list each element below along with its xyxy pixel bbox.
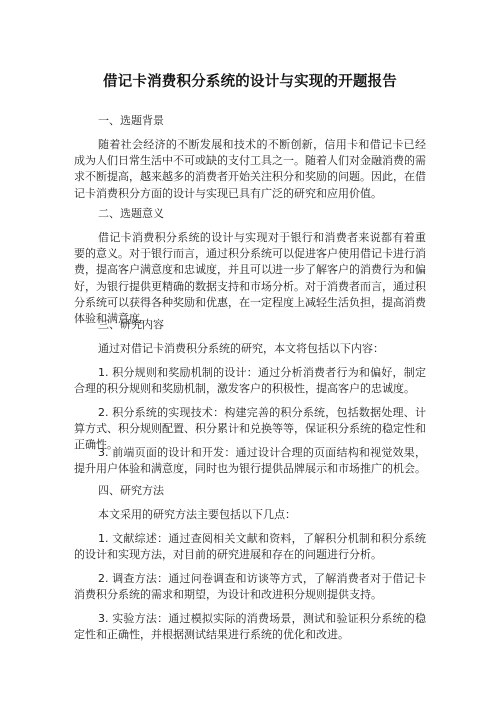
list-item: 1. 积分规则和奖励机制的设计：通过分析消费者行为和偏好，制定合理的积分规则和奖… — [74, 365, 426, 397]
paragraph: 1. 积分规则和奖励机制的设计：通过分析消费者行为和偏好，制定合理的积分规则和奖… — [74, 365, 426, 397]
list-item: 2. 调查方法：通过问卷调查和访谈等方式，了解消费者对于借记卡消费积分系统的需求… — [74, 571, 426, 603]
section-heading-methods: 四、研究方法 — [98, 483, 164, 499]
paragraph: 随着社会经济的不断发展和技术的不断创新，信用卡和借记卡已经成为人们日常生活中不可… — [74, 137, 426, 202]
paragraph: 1. 文献综述：通过查阅相关文献和资料，了解积分机制和积分系统的设计和实现方法，… — [74, 531, 426, 563]
list-item: 3. 实验方法：通过模拟实际的消费场景，测试和验证积分系统的稳定性和正确性，并根… — [74, 611, 426, 643]
paragraph: 3. 前端页面的设计和开发：通过设计合理的页面结构和视觉效果，提升用户体验和满意… — [74, 445, 426, 477]
paragraph: 通过对借记卡消费积分系统的研究，本文将包括以下内容： — [74, 341, 426, 357]
document-page: 借记卡消费积分系统的设计与实现的开题报告 一、选题背景 随着社会经济的不断发展和… — [0, 0, 500, 707]
paragraph: 3. 实验方法：通过模拟实际的消费场景，测试和验证积分系统的稳定性和正确性，并根… — [74, 611, 426, 643]
section-heading-content: 三、研究内容 — [98, 317, 164, 333]
section-body-methods-intro: 本文采用的研究方法主要包括以下几点： — [74, 507, 426, 523]
section-body-background: 随着社会经济的不断发展和技术的不断创新，信用卡和借记卡已经成为人们日常生活中不可… — [74, 137, 426, 202]
section-heading-significance: 二、选题意义 — [98, 206, 164, 222]
section-body-content-intro: 通过对借记卡消费积分系统的研究，本文将包括以下内容： — [74, 341, 426, 357]
document-title: 借记卡消费积分系统的设计与实现的开题报告 — [0, 70, 500, 91]
section-body-significance: 借记卡消费积分系统的设计与实现对于银行和消费者来说都有着重要的意义。对于银行而言… — [74, 230, 426, 327]
list-item: 3. 前端页面的设计和开发：通过设计合理的页面结构和视觉效果，提升用户体验和满意… — [74, 445, 426, 477]
paragraph: 本文采用的研究方法主要包括以下几点： — [74, 507, 426, 523]
paragraph: 借记卡消费积分系统的设计与实现对于银行和消费者来说都有着重要的意义。对于银行而言… — [74, 230, 426, 327]
paragraph: 2. 调查方法：通过问卷调查和访谈等方式，了解消费者对于借记卡消费积分系统的需求… — [74, 571, 426, 603]
section-heading-background: 一、选题背景 — [98, 113, 164, 129]
list-item: 1. 文献综述：通过查阅相关文献和资料，了解积分机制和积分系统的设计和实现方法，… — [74, 531, 426, 563]
